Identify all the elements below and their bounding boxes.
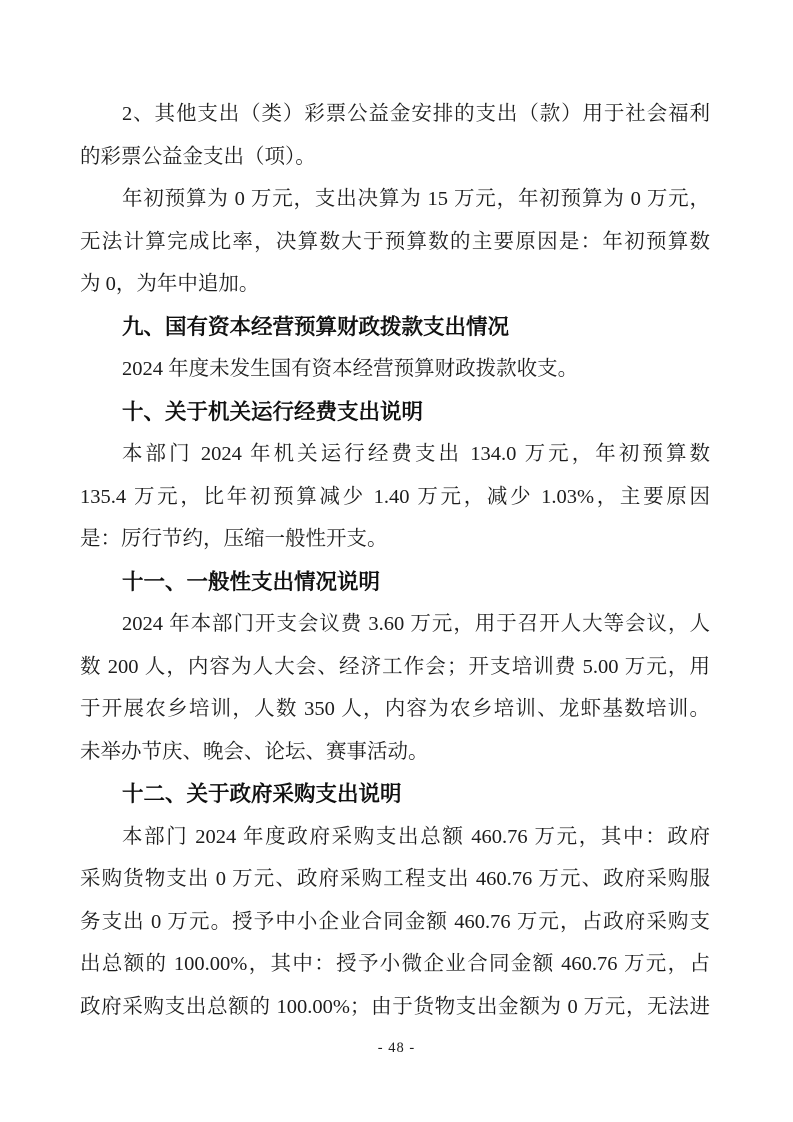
paragraph-line: 是：厉行节约，压缩一般性开支。: [80, 518, 710, 561]
paragraph-line: 为 0，为年中追加。: [80, 263, 710, 306]
paragraph-line: 政府采购支出总额的 100.00%；由于货物支出金额为 0 万元，无法进: [80, 986, 710, 1029]
paragraph-line: 无法计算完成比率，决算数大于预算数的主要原因是：年初预算数: [80, 221, 710, 264]
paragraph-line: 务支出 0 万元。授予中小企业合同金额 460.76 万元，占政府采购支: [80, 901, 710, 944]
paragraph-line: 于开展农乡培训，人数 350 人，内容为农乡培训、龙虾基数培训。: [80, 688, 710, 731]
document-body: 2、其他支出（类）彩票公益金安排的支出（款）用于社会福利 的彩票公益金支出（项）…: [80, 93, 710, 1028]
section-heading-10: 十、关于机关运行经费支出说明: [80, 391, 710, 434]
document-page: 2、其他支出（类）彩票公益金安排的支出（款）用于社会福利 的彩票公益金支出（项）…: [0, 0, 793, 1122]
paragraph-line: 2024 年本部门开支会议费 3.60 万元，用于召开人大等会议，人: [80, 603, 710, 646]
paragraph-line: 本部门 2024 年度政府采购支出总额 460.76 万元，其中：政府: [80, 816, 710, 859]
paragraph-line: 采购货物支出 0 万元、政府采购工程支出 460.76 万元、政府采购服: [80, 858, 710, 901]
paragraph-line: 未举办节庆、晚会、论坛、赛事活动。: [80, 731, 710, 774]
section-heading-9: 九、国有资本经营预算财政拨款支出情况: [80, 306, 710, 349]
section-heading-12: 十二、关于政府采购支出说明: [80, 773, 710, 816]
paragraph-line: 的彩票公益金支出（项）。: [80, 136, 710, 179]
section-heading-11: 十一、一般性支出情况说明: [80, 561, 710, 604]
paragraph-line: 135.4 万元，比年初预算减少 1.40 万元，减少 1.03%，主要原因: [80, 476, 710, 519]
paragraph-line: 年初预算为 0 万元，支出决算为 15 万元，年初预算为 0 万元，: [80, 178, 710, 221]
paragraph-line: 2、其他支出（类）彩票公益金安排的支出（款）用于社会福利: [80, 93, 710, 136]
page-number: - 48 -: [0, 1036, 793, 1060]
paragraph-line: 2024 年度未发生国有资本经营预算财政拨款收支。: [80, 348, 710, 391]
paragraph-line: 出总额的 100.00%，其中：授予小微企业合同金额 460.76 万元，占: [80, 943, 710, 986]
paragraph-line: 本部门 2024 年机关运行经费支出 134.0 万元，年初预算数: [80, 433, 710, 476]
paragraph-line: 数 200 人，内容为人大会、经济工作会；开支培训费 5.00 万元，用: [80, 646, 710, 689]
